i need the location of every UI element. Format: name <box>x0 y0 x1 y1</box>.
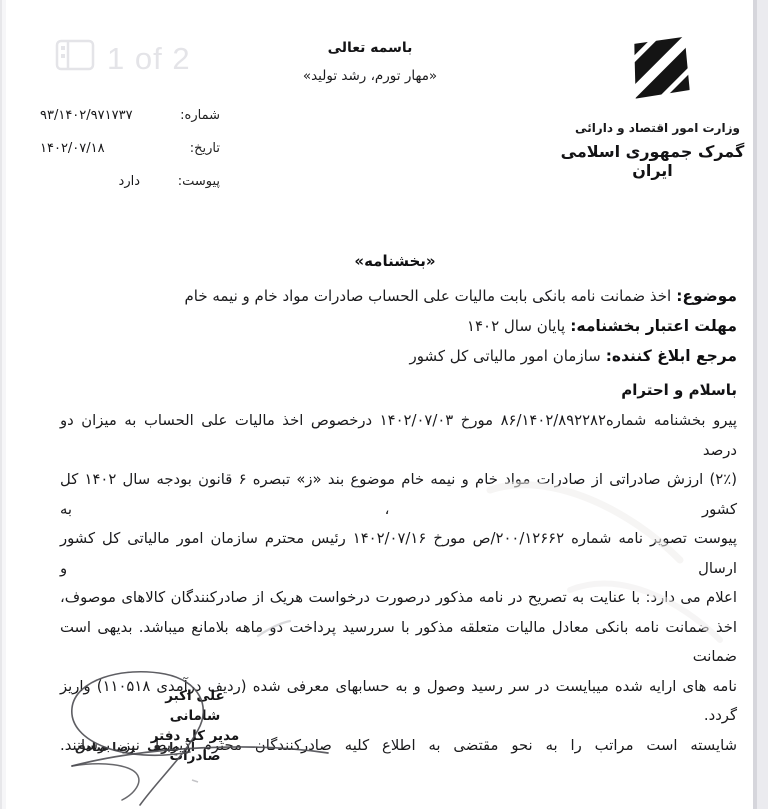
body-line: اعلام می دارد: با عنایت به تصریح در نامه… <box>60 583 737 613</box>
on-behalf-row: از طرف رضا صادق <box>75 740 195 754</box>
attachment-label: پیوست: <box>162 174 220 189</box>
date-value: ۱۴۰۲/۰۷/۱۸ <box>40 141 162 156</box>
meta-row-attachment: پیوست: دارد <box>40 174 220 207</box>
scanned-letter-page: 1 of 2 باسمه تعالی «مهار تورم، رشد تولید… <box>0 0 768 809</box>
pages-icon <box>55 38 95 80</box>
subject-block: موضوع:اخذ ضمانت نامه بانکی بابت مالیات ع… <box>40 281 737 371</box>
number-value: ۹۳/۱۴۰۲/۹۷۱۷۳۷ <box>40 108 162 123</box>
organization-name: گمرک جمهوری اسلامی ایران <box>540 142 765 180</box>
page-indicator-label: 1 of 2 <box>107 41 191 77</box>
body-line: (۲٪) ارزش صادراتی از صادرات مواد خام و ن… <box>60 465 737 524</box>
on-behalf-label: از طرف <box>147 740 195 754</box>
subject-value: اخذ ضمانت نامه بانکی بابت مالیات علی الح… <box>184 287 671 305</box>
meta-row-number: شماره: ۹۳/۱۴۰۲/۹۷۱۷۳۷ <box>40 108 220 141</box>
subject-label: موضوع: <box>676 287 737 305</box>
letter-meta-block: شماره: ۹۳/۱۴۰۲/۹۷۱۷۳۷ تاریخ: ۱۴۰۲/۰۷/۱۸ … <box>40 108 220 207</box>
signatory-name: علی اکبر شامانی <box>145 686 245 726</box>
authority-value: سازمان امور مالیاتی کل کشور <box>409 347 600 365</box>
attachment-value: دارد <box>40 174 162 189</box>
page-indicator: 1 of 2 <box>55 38 191 80</box>
on-behalf-name: رضا صادق <box>75 740 135 754</box>
ministry-name: وزارت امور اقتصاد و دارائی <box>555 121 760 135</box>
body-line: اخذ ضمانت نامه بانکی معادل مالیات متعلقه… <box>60 613 737 672</box>
circular-title: «بخشنامه» <box>330 252 460 270</box>
number-label: شماره: <box>162 108 220 123</box>
validity-value: پایان سال ۱۴۰۲ <box>467 317 565 335</box>
meta-row-date: تاریخ: ۱۴۰۲/۰۷/۱۸ <box>40 141 220 174</box>
year-slogan: «مهار تورم، رشد تولید» <box>270 68 470 84</box>
bismillah-heading: باسمه تعالی <box>290 40 450 56</box>
salutation: باسلام و احترام <box>621 381 737 399</box>
authority-row: مرجع ابلاغ کننده:سازمان امور مالیاتی کل … <box>40 341 737 371</box>
validity-row: مهلت اعتبار بخشنامه:پایان سال ۱۴۰۲ <box>40 311 737 341</box>
authority-label: مرجع ابلاغ کننده: <box>606 347 737 365</box>
customs-logo-icon <box>622 30 694 114</box>
body-line: پیرو بخشنامه شماره۸۶/۱۴۰۲/۸۹۲۲۸۲ مورخ ۱۴… <box>60 406 737 465</box>
scan-left-edge <box>0 0 6 809</box>
body-line: پیوست تصویر نامه شماره ۲۰۰/۱۲۶۶۲/ص مورخ … <box>60 524 737 583</box>
subject-row: موضوع:اخذ ضمانت نامه بانکی بابت مالیات ع… <box>40 281 737 311</box>
date-label: تاریخ: <box>162 141 220 156</box>
validity-label: مهلت اعتبار بخشنامه: <box>570 317 737 335</box>
signatory-block: علی اکبر شامانی مدیر کل دفتر صادرات <box>145 686 245 766</box>
